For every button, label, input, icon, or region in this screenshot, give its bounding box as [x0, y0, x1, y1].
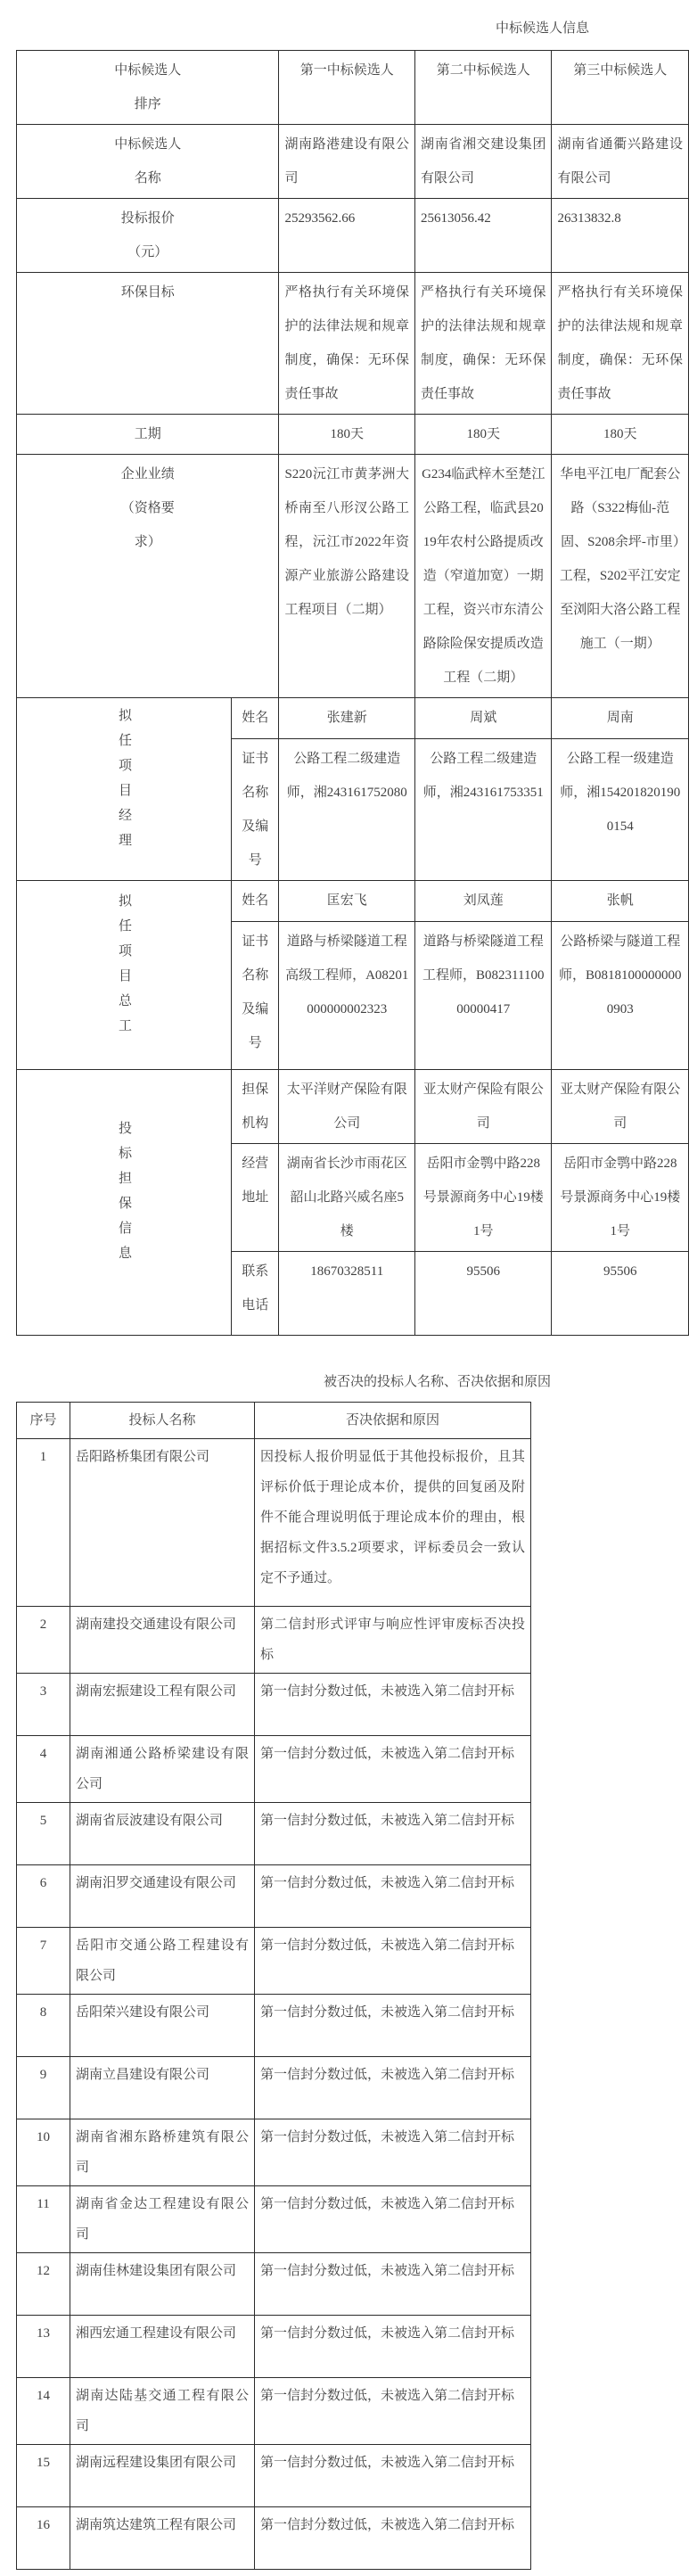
guarantee-3-org: 亚太财产保险有限公司	[552, 1070, 689, 1144]
chief-3-name: 张帆	[552, 881, 689, 922]
guarantee-addr-label: 经营 地址	[232, 1144, 279, 1252]
name-label: 中标候选人 名称	[17, 125, 279, 199]
table-row: 11 湖南省金达工程建设有限公司 第一信封分数过低，未被选入第二信封开标	[17, 2186, 531, 2253]
chief-2-cert: 道路与桥梁隧道工程工程师，B08231110000000417	[415, 922, 552, 1070]
guarantee-2-phone: 95506	[415, 1252, 552, 1336]
table-row: 10 湖南省湘东路桥建筑有限公司 第一信封分数过低，未被选入第二信封开标	[17, 2119, 531, 2186]
rejected-header-row: 序号 投标人名称 否决依据和原因	[17, 1403, 531, 1439]
chief-3-cert: 公路桥梁与隧道工程师，B08181000000000903	[552, 922, 689, 1070]
cell-rejection-reason: 第一信封分数过低，未被选入第二信封开标	[255, 1736, 531, 1803]
cell-rejection-reason: 第一信封分数过低，未被选入第二信封开标	[255, 2316, 531, 2378]
performance-label: 企业业绩 （资格要 求）	[17, 455, 279, 698]
guarantee-group-label: 投标担保信息	[17, 1070, 232, 1336]
guarantee-2-addr: 岳阳市金鹗中路228号景源商务中心19楼1号	[415, 1144, 552, 1252]
table-row: 13 湘西宏通工程建设有限公司 第一信封分数过低，未被选入第二信封开标	[17, 2316, 531, 2378]
chief-1-cert: 道路与桥梁隧道工程高级工程师，A08201000000002323	[279, 922, 415, 1070]
table-row: 环保目标 严格执行有关环境保护的法律法规和规章制度，确保：无环保责任事故 严格执…	[17, 273, 689, 415]
cell-bidder-name: 湖南达陆基交通工程有限公司	[70, 2378, 255, 2445]
table-row: 12 湖南佳林建设集团有限公司 第一信封分数过低，未被选入第二信封开标	[17, 2253, 531, 2316]
cell-rejection-reason: 第一信封分数过低，未被选入第二信封开标	[255, 1674, 531, 1736]
cell-serial-number: 6	[17, 1865, 70, 1928]
table-row: 8 岳阳荣兴建设有限公司 第一信封分数过低，未被选入第二信封开标	[17, 1995, 531, 2057]
candidate-2-duration: 180天	[415, 415, 552, 455]
cell-bidder-name: 湖南立昌建设有限公司	[70, 2057, 255, 2119]
manager-2-cert: 公路工程二级建造师，湘243161753351	[415, 739, 552, 881]
guarantee-3-phone: 95506	[552, 1252, 689, 1336]
candidate-3-duration: 180天	[552, 415, 689, 455]
candidate-3-env-goal: 严格执行有关环境保护的法律法规和规章制度，确保：无环保责任事故	[552, 273, 689, 415]
table-row: 7 岳阳市交通公路工程建设有限公司 第一信封分数过低，未被选入第二信封开标	[17, 1928, 531, 1995]
cell-serial-number: 3	[17, 1674, 70, 1736]
duration-label: 工期	[17, 415, 279, 455]
table-row: 6 湖南汨罗交通建设有限公司 第一信封分数过低，未被选入第二信封开标	[17, 1865, 531, 1928]
serial-column-header: 序号	[17, 1403, 70, 1439]
manager-cert-label: 证书 名称 及编 号	[232, 739, 279, 881]
manager-1-cert: 公路工程二级建造师，湘243161752080	[279, 739, 415, 881]
rejected-table: 序号 投标人名称 否决依据和原因 1 岳阳路桥集团有限公司 因投标人报价明显低于…	[16, 1402, 531, 2570]
cell-bidder-name: 湖南宏振建设工程有限公司	[70, 1674, 255, 1736]
table-row: 拟任项目总工 姓名 匡宏飞 刘凤莲 张帆	[17, 881, 689, 922]
table-row: 投标报价 （元） 25293562.66 25613056.42 2631383…	[17, 199, 689, 273]
chief-name-label: 姓名	[232, 881, 279, 922]
cell-bidder-name: 湖南省湘东路桥建筑有限公司	[70, 2119, 255, 2186]
cell-bidder-name: 湖南远程建设集团有限公司	[70, 2445, 255, 2507]
guarantee-3-addr: 岳阳市金鹗中路228号景源商务中心19楼1号	[552, 1144, 689, 1252]
bid-result-document: 中标候选人信息 中标候选人 排序 第一中标候选人 第二中标候选人 第三中标候选人…	[0, 0, 689, 2576]
cell-rejection-reason: 第一信封分数过低，未被选入第二信封开标	[255, 1803, 531, 1865]
guarantee-1-phone: 18670328511	[279, 1252, 415, 1336]
cell-rejection-reason: 第一信封分数过低，未被选入第二信封开标	[255, 2186, 531, 2253]
candidate-1-env-goal: 严格执行有关环境保护的法律法规和规章制度，确保：无环保责任事故	[279, 273, 415, 415]
table-row: 投标担保信息 担保 机构 太平洋财产保险有限公司 亚太财产保险有限公司 亚太财产…	[17, 1070, 689, 1144]
manager-2-name: 周斌	[415, 698, 552, 739]
cell-bidder-name: 岳阳市交通公路工程建设有限公司	[70, 1928, 255, 1995]
cell-serial-number: 7	[17, 1928, 70, 1995]
guarantee-1-org: 太平洋财产保险有限公司	[279, 1070, 415, 1144]
env-label: 环保目标	[17, 273, 279, 415]
cell-serial-number: 4	[17, 1736, 70, 1803]
table-row: 15 湖南远程建设集团有限公司 第一信封分数过低，未被选入第二信封开标	[17, 2445, 531, 2507]
cell-rejection-reason: 第一信封分数过低，未被选入第二信封开标	[255, 2445, 531, 2507]
rank-label: 中标候选人 排序	[17, 51, 279, 125]
rejected-section-title: 被否决的投标人名称、否决依据和原因	[16, 1370, 551, 1395]
candidate-3-name: 湖南省通衢兴路建设有限公司	[552, 125, 689, 199]
guarantee-org-label: 担保 机构	[232, 1070, 279, 1144]
manager-1-name: 张建新	[279, 698, 415, 739]
cell-serial-number: 9	[17, 2057, 70, 2119]
cell-bidder-name: 岳阳荣兴建设有限公司	[70, 1995, 255, 2057]
table-row: 4 湖南湘通公路桥梁建设有限公司 第一信封分数过低，未被选入第二信封开标	[17, 1736, 531, 1803]
table-row: 16 湖南筑达建筑工程有限公司 第一信封分数过低，未被选入第二信封开标	[17, 2507, 531, 2570]
cell-serial-number: 14	[17, 2378, 70, 2445]
chief-group-label: 拟任项目总工	[17, 881, 232, 1070]
manager-group-label: 拟任项目经理	[17, 698, 232, 881]
cell-rejection-reason: 第一信封分数过低，未被选入第二信封开标	[255, 2119, 531, 2186]
cell-rejection-reason: 第一信封分数过低，未被选入第二信封开标	[255, 1928, 531, 1995]
candidate-2-price: 25613056.42	[415, 199, 552, 273]
manager-3-name: 周南	[552, 698, 689, 739]
candidate-1-price: 25293562.66	[279, 199, 415, 273]
cell-rejection-reason: 第一信封分数过低，未被选入第二信封开标	[255, 1865, 531, 1928]
candidate-1-duration: 180天	[279, 415, 415, 455]
candidate-1-header: 第一中标候选人	[279, 51, 415, 125]
cell-rejection-reason: 第一信封分数过低，未被选入第二信封开标	[255, 2253, 531, 2316]
rejected-table-body: 序号 投标人名称 否决依据和原因 1 岳阳路桥集团有限公司 因投标人报价明显低于…	[17, 1403, 531, 2570]
cell-serial-number: 13	[17, 2316, 70, 2378]
table-row: 工期 180天 180天 180天	[17, 415, 689, 455]
candidate-1-performance: S220沅江市黄茅洲大桥南至八形汊公路工程，沅江市2022年资源产业旅游公路建设…	[279, 455, 415, 698]
candidate-2-header: 第二中标候选人	[415, 51, 552, 125]
candidate-2-name: 湖南省湘交建设集团有限公司	[415, 125, 552, 199]
manager-name-label: 姓名	[232, 698, 279, 739]
cell-bidder-name: 湖南汨罗交通建设有限公司	[70, 1865, 255, 1928]
guarantee-1-addr: 湖南省长沙市雨花区韶山北路兴威名座5楼	[279, 1144, 415, 1252]
cell-serial-number: 10	[17, 2119, 70, 2186]
cell-rejection-reason: 第一信封分数过低，未被选入第二信封开标	[255, 1995, 531, 2057]
candidate-1-name: 湖南路港建设有限公司	[279, 125, 415, 199]
cell-rejection-reason: 第一信封分数过低，未被选入第二信封开标	[255, 2378, 531, 2445]
cell-rejection-reason: 第一信封分数过低，未被选入第二信封开标	[255, 2057, 531, 2119]
cell-serial-number: 16	[17, 2507, 70, 2570]
cell-serial-number: 11	[17, 2186, 70, 2253]
guarantee-group-label-text: 投标担保信息	[106, 1121, 142, 1271]
candidates-table: 中标候选人 排序 第一中标候选人 第二中标候选人 第三中标候选人 中标候选人 名…	[16, 50, 689, 1336]
cell-bidder-name: 湖南筑达建筑工程有限公司	[70, 2507, 255, 2570]
cell-bidder-name: 湖南湘通公路桥梁建设有限公司	[70, 1736, 255, 1803]
candidate-3-performance: 华电平江电厂配套公路（S322梅仙-范固、S208余坪-市里）工程，S202平江…	[552, 455, 689, 698]
chief-cert-label: 证书 名称 及编 号	[232, 922, 279, 1070]
table-row: 5 湖南省辰波建设有限公司 第一信封分数过低，未被选入第二信封开标	[17, 1803, 531, 1865]
guarantee-phone-label: 联系 电话	[232, 1252, 279, 1336]
chief-2-name: 刘凤莲	[415, 881, 552, 922]
table-row: 企业业绩 （资格要 求） S220沅江市黄茅洲大桥南至八形汊公路工程，沅江市20…	[17, 455, 689, 698]
cell-bidder-name: 湖南佳林建设集团有限公司	[70, 2253, 255, 2316]
table-row: 9 湖南立昌建设有限公司 第一信封分数过低，未被选入第二信封开标	[17, 2057, 531, 2119]
manager-3-cert: 公路工程一级建造师，湘1542018201900154	[552, 739, 689, 881]
cell-bidder-name: 岳阳路桥集团有限公司	[70, 1439, 255, 1607]
candidate-2-env-goal: 严格执行有关环境保护的法律法规和规章制度，确保：无环保责任事故	[415, 273, 552, 415]
table-row: 拟任项目经理 姓名 张建新 周斌 周南	[17, 698, 689, 739]
candidates-section-title: 中标候选人信息	[16, 16, 589, 41]
price-label: 投标报价 （元）	[17, 199, 279, 273]
candidate-3-header: 第三中标候选人	[552, 51, 689, 125]
cell-serial-number: 12	[17, 2253, 70, 2316]
cell-bidder-name: 湖南建投交通建设有限公司	[70, 1607, 255, 1674]
candidate-3-price: 26313832.8	[552, 199, 689, 273]
cell-bidder-name: 湖南省辰波建设有限公司	[70, 1803, 255, 1865]
chief-1-name: 匡宏飞	[279, 881, 415, 922]
table-row: 3 湖南宏振建设工程有限公司 第一信封分数过低，未被选入第二信封开标	[17, 1674, 531, 1736]
candidate-2-performance: G234临武梓木至楚江公路工程，临武县2019年农村公路提质改造（窄道加宽）一期…	[415, 455, 552, 698]
table-row: 2 湖南建投交通建设有限公司 第二信封形式评审与响应性评审废标否决投标	[17, 1607, 531, 1674]
cell-bidder-name: 湖南省金达工程建设有限公司	[70, 2186, 255, 2253]
cell-rejection-reason: 因投标人报价明显低于其他投标报价，且其评标价低于理论成本价，提供的回复函及附件不…	[255, 1439, 531, 1607]
cell-serial-number: 2	[17, 1607, 70, 1674]
manager-group-label-text: 拟任项目经理	[106, 708, 142, 858]
reason-column-header: 否决依据和原因	[255, 1403, 531, 1439]
chief-group-label-text: 拟任项目总工	[106, 893, 142, 1043]
cell-serial-number: 5	[17, 1803, 70, 1865]
cell-rejection-reason: 第一信封分数过低，未被选入第二信封开标	[255, 2507, 531, 2570]
table-row: 中标候选人 名称 湖南路港建设有限公司 湖南省湘交建设集团有限公司 湖南省通衢兴…	[17, 125, 689, 199]
cell-rejection-reason: 第二信封形式评审与响应性评审废标否决投标	[255, 1607, 531, 1674]
table-row: 中标候选人 排序 第一中标候选人 第二中标候选人 第三中标候选人	[17, 51, 689, 125]
cell-bidder-name: 湘西宏通工程建设有限公司	[70, 2316, 255, 2378]
cell-serial-number: 15	[17, 2445, 70, 2507]
table-row: 14 湖南达陆基交通工程有限公司 第一信封分数过低，未被选入第二信封开标	[17, 2378, 531, 2445]
cell-serial-number: 1	[17, 1439, 70, 1607]
cell-serial-number: 8	[17, 1995, 70, 2057]
table-row: 1 岳阳路桥集团有限公司 因投标人报价明显低于其他投标报价，且其评标价低于理论成…	[17, 1439, 531, 1607]
guarantee-2-org: 亚太财产保险有限公司	[415, 1070, 552, 1144]
bidder-name-column-header: 投标人名称	[70, 1403, 255, 1439]
